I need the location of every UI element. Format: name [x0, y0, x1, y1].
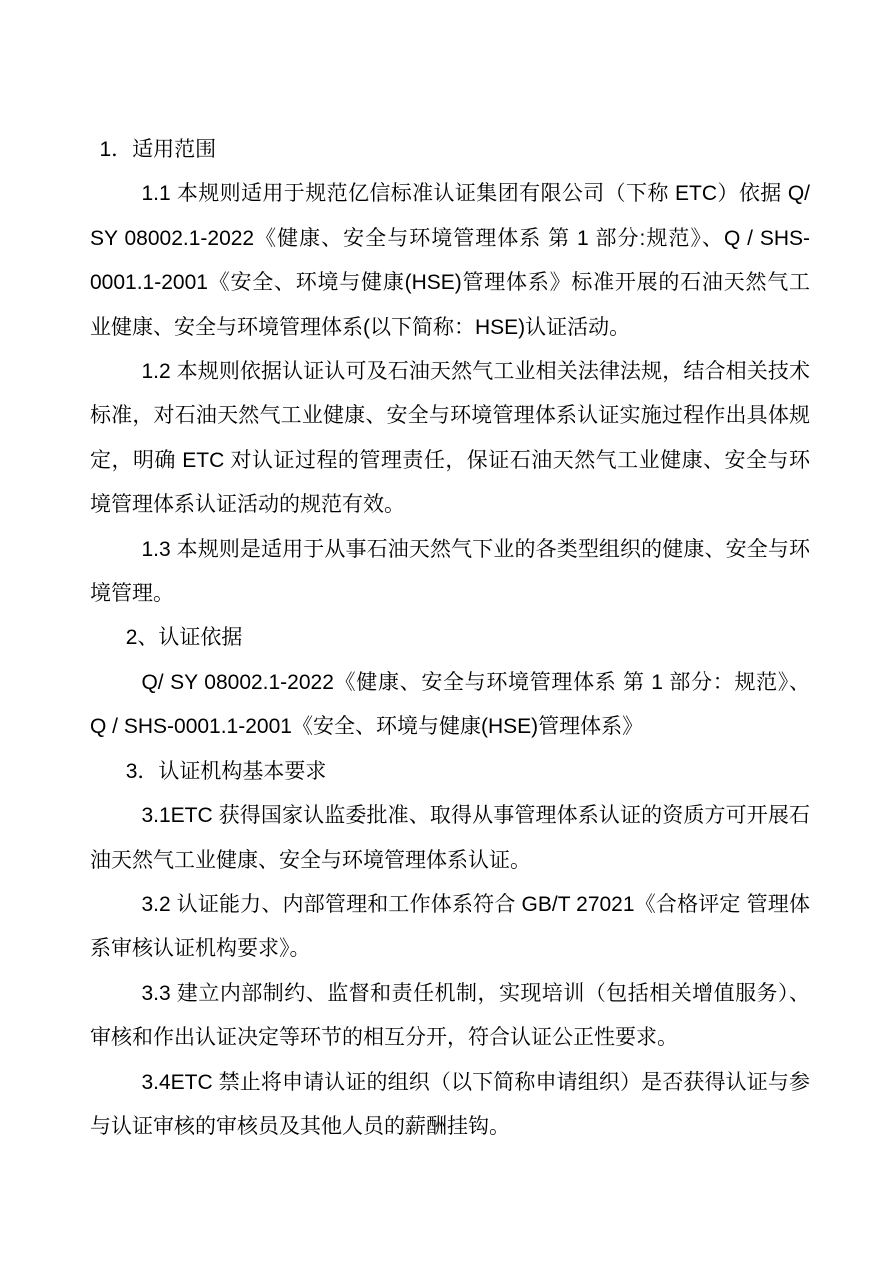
document-page: 1．适用范围 1.1 本规则适用于规范亿信标准认证集团有限公司（下称 ETC）依…: [0, 0, 892, 1262]
paragraph-2-1: Q/ SY 08002.1-2022《健康、安全与环境管理体系 第 1 部分：规…: [90, 661, 810, 750]
section-1-heading: 1．适用范围: [90, 128, 810, 172]
paragraph-3-2: 3.2 认证能力、内部管理和工作体系符合 GB/T 27021《合格评定 管理体…: [90, 883, 810, 972]
paragraph-1-2: 1.2 本规则依据认证认可及石油天然气工业相关法律法规，结合相关技术标准，对石油…: [90, 350, 810, 528]
paragraph-3-4: 3.4ETC 禁止将申请认证的组织（以下简称申请组织）是否获得认证与参与认证审核…: [90, 1061, 810, 1150]
paragraph-1-1: 1.1 本规则适用于规范亿信标准认证集团有限公司（下称 ETC）依据 Q/ SY…: [90, 172, 810, 350]
paragraph-3-3: 3.3 建立内部制约、监督和责任机制，实现培训（包括相关增值服务）、审核和作出认…: [90, 972, 810, 1061]
section-2-heading: 2、认证依据: [90, 616, 810, 660]
paragraph-3-1: 3.1ETC 获得国家认监委批准、取得从事管理体系认证的资质方可开展石油天然气工…: [90, 794, 810, 883]
paragraph-1-3: 1.3 本规则是适用于从事石油天然气下业的各类型组织的健康、安全与环境管理。: [90, 528, 810, 617]
section-3-heading: 3．认证机构基本要求: [90, 750, 810, 794]
